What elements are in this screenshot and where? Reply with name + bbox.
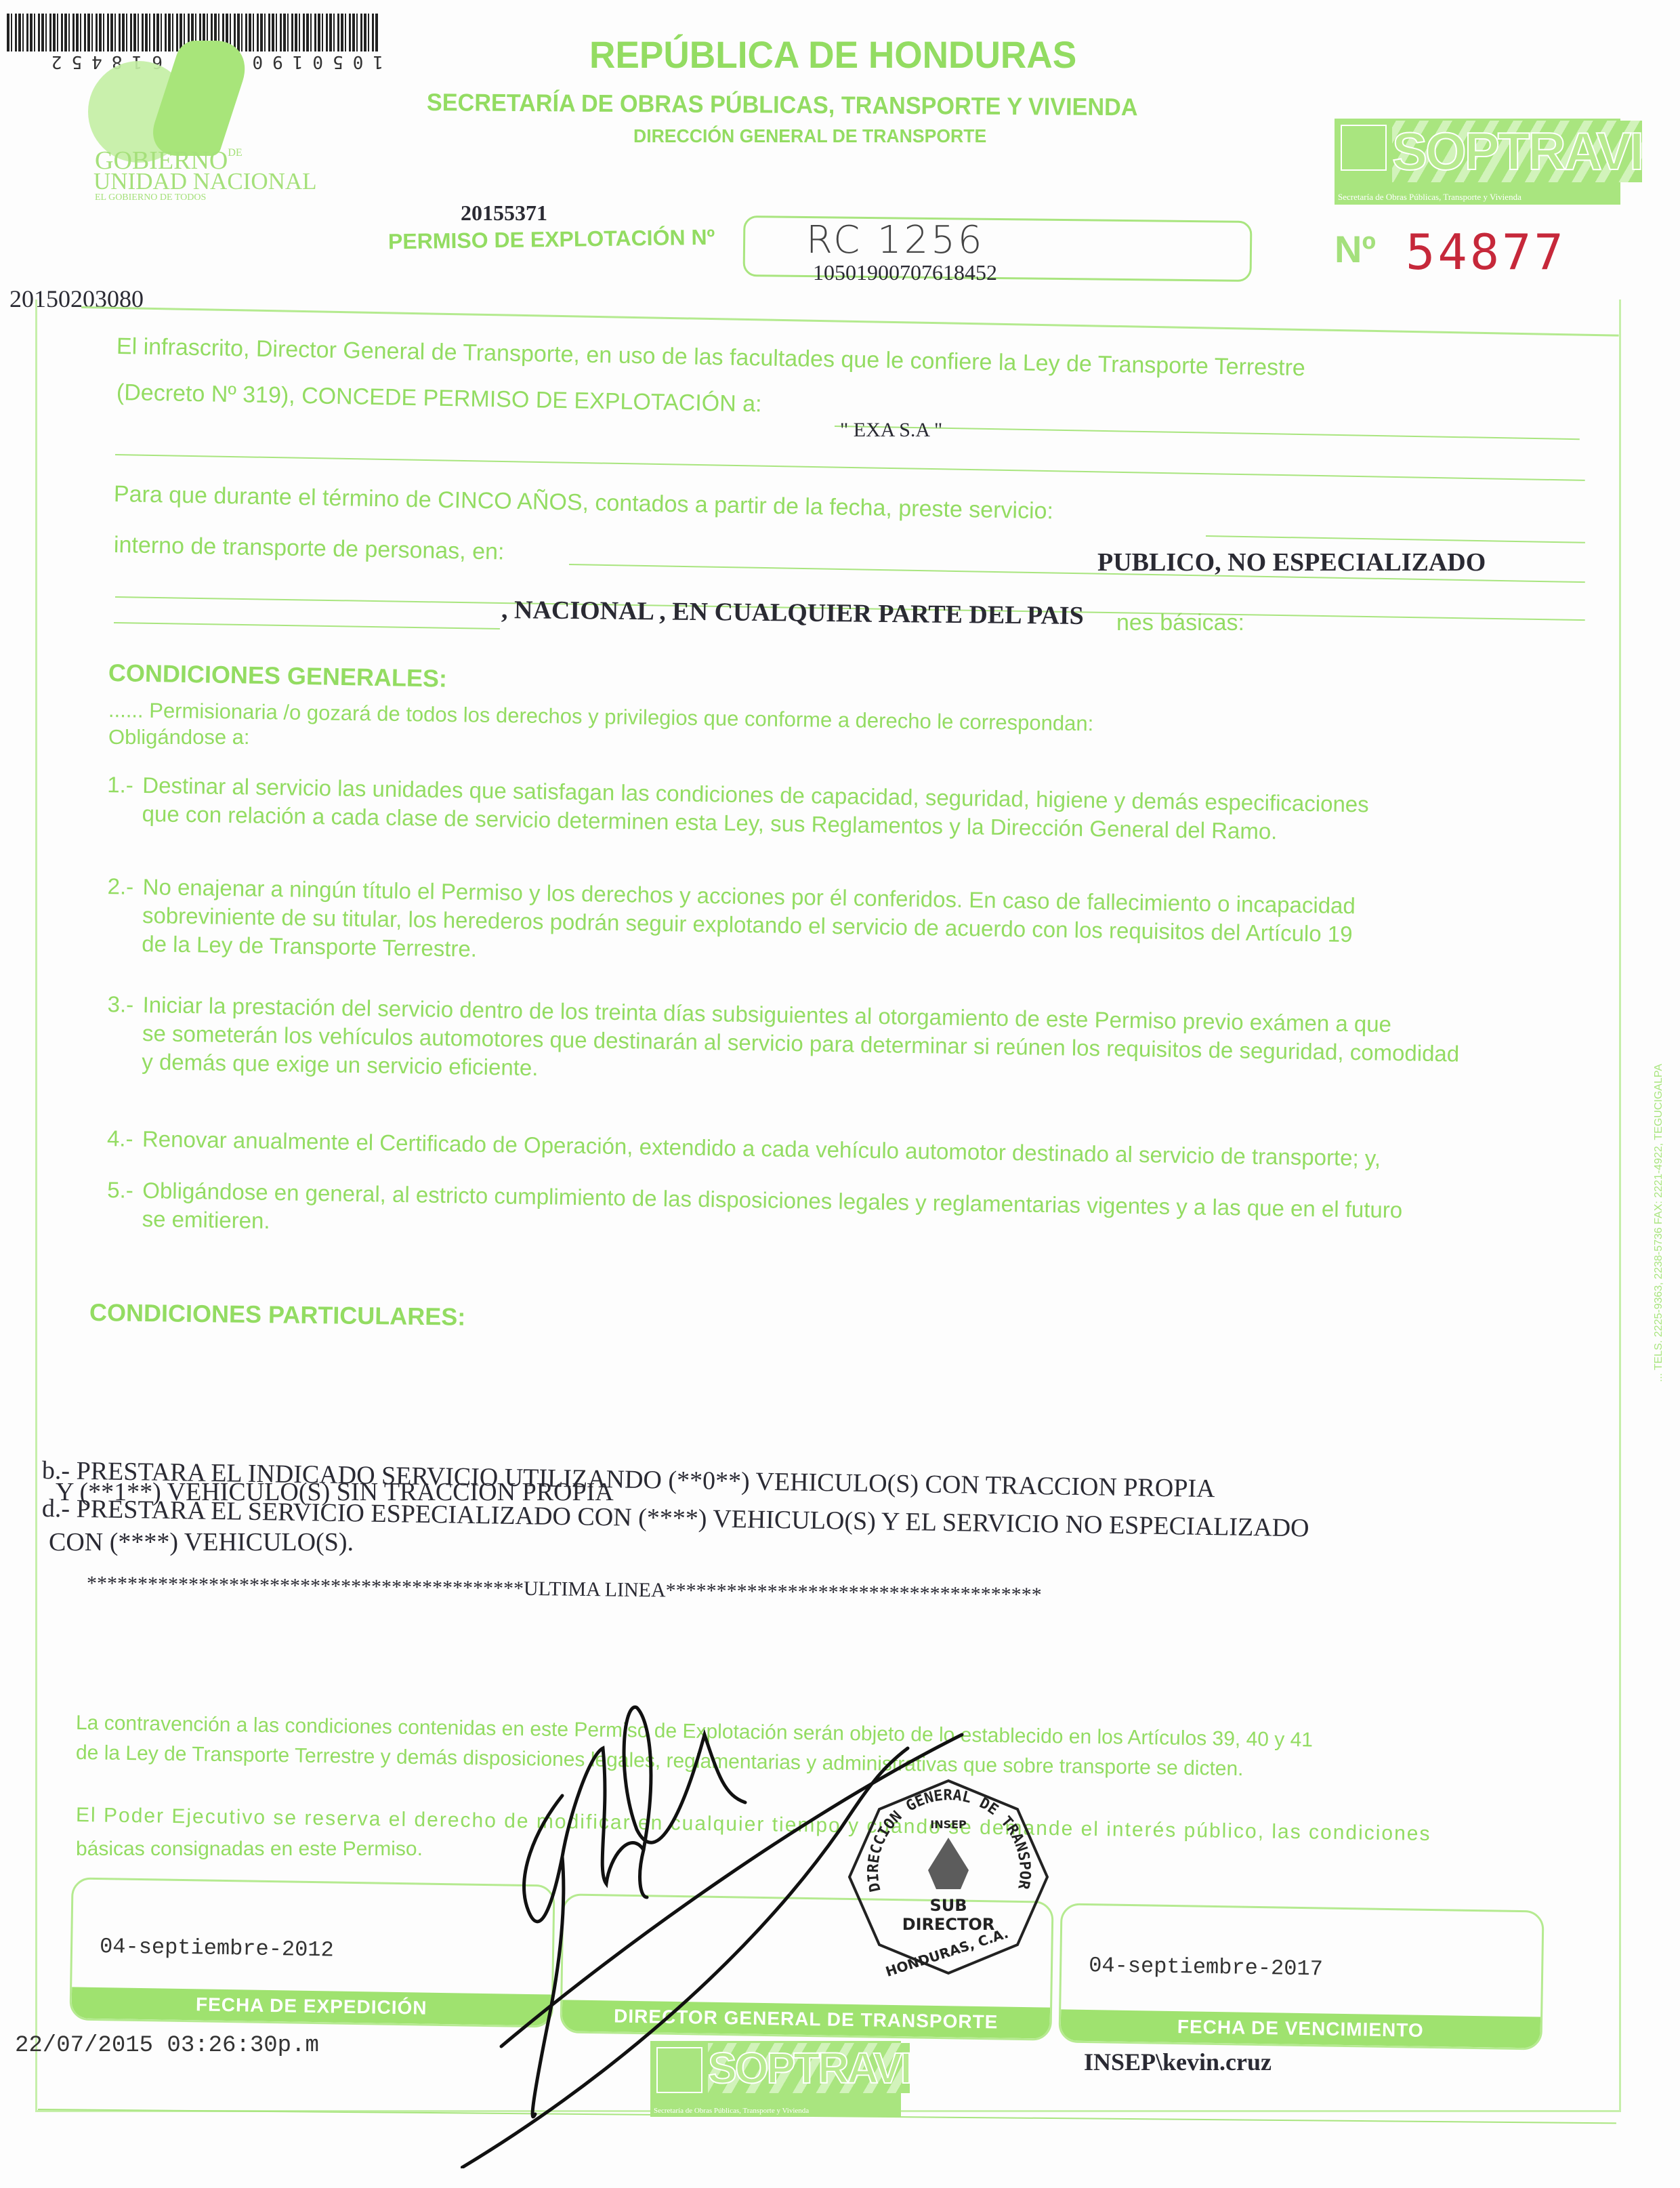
ministry-name: SECRETARÍA DE OBRAS PÚBLICAS, TRANSPORTE… xyxy=(427,88,1138,121)
condition-number: 3.- xyxy=(107,990,133,1019)
serial-label: Nº xyxy=(1335,227,1376,271)
particular-conditions-heading: CONDICIONES PARTICULARES: xyxy=(89,1298,466,1332)
service-type: PUBLICO, NO ESPECIALIZADO xyxy=(1097,548,1486,577)
coverage-tail: nes básicas: xyxy=(1116,610,1244,636)
side-contact-text: ... TELS. 2225-9363, 2238-5736 FAX: 2221… xyxy=(1653,1064,1665,1382)
permit-number-handwritten: RC 1256 xyxy=(806,218,985,262)
director-signature xyxy=(461,1653,1070,2168)
document-title: REPÚBLICA DE HONDURAS xyxy=(589,33,1076,77)
permit-code-below: 10501900707618452 xyxy=(813,260,997,285)
grantee-name: " EXA S.A " xyxy=(840,419,942,442)
soptravi-wordmark: SOPTRAVI xyxy=(1392,121,1642,182)
expiry-date-box: 04-septiembre-2017 FECHA DE VENCIMIENTO xyxy=(1058,1903,1544,2050)
expiry-date: 04-septiembre-2017 xyxy=(1089,1953,1323,1981)
particular-condition-d-line2: CON (****) VEHICULO(S). xyxy=(49,1527,354,1557)
condition-number: 2.- xyxy=(107,872,133,901)
gov-logo-tagline: EL GOBIERNO DE TODOS xyxy=(95,192,206,203)
condition-number: 5.- xyxy=(107,1176,133,1205)
soptravi-logo: SOPTRAVI Secretaría de Obras Públicas, T… xyxy=(1335,119,1620,205)
condition-number: 4.- xyxy=(107,1124,133,1153)
soptravi-emblem-icon xyxy=(1341,125,1387,171)
soptravi-caption: Secretaría de Obras Públicas, Transporte… xyxy=(1338,192,1521,203)
condition-number: 1.- xyxy=(107,770,133,800)
department-name: DIRECCIÓN GENERAL DE TRANSPORTE xyxy=(633,125,986,147)
coverage-area: , NACIONAL , EN CUALQUIER PARTE DEL PAIS xyxy=(501,595,1084,631)
permit-code-above: 20155371 xyxy=(461,201,547,226)
executive-line2: básicas consignadas en este Permiso. xyxy=(76,1838,423,1861)
general-conditions-heading: CONDICIONES GENERALES: xyxy=(108,659,448,693)
printed-timestamp: 22/07/2015 03:26:30p.m xyxy=(15,2033,319,2059)
serial-number: 54877 xyxy=(1406,224,1566,281)
general-conditions-intro2: Obligándose a: xyxy=(108,725,250,749)
expiry-date-label: FECHA DE VENCIMIENTO xyxy=(1060,2009,1540,2048)
permit-number-label: PERMISO DE EXPLOTACIÓN Nº xyxy=(388,225,715,255)
printed-by-user: INSEP\kevin.cruz xyxy=(1084,2048,1272,2076)
issue-date: 04-septiembre-2012 xyxy=(100,1934,334,1962)
gov-logo-line2: UNIDAD NACIONAL xyxy=(93,169,317,193)
